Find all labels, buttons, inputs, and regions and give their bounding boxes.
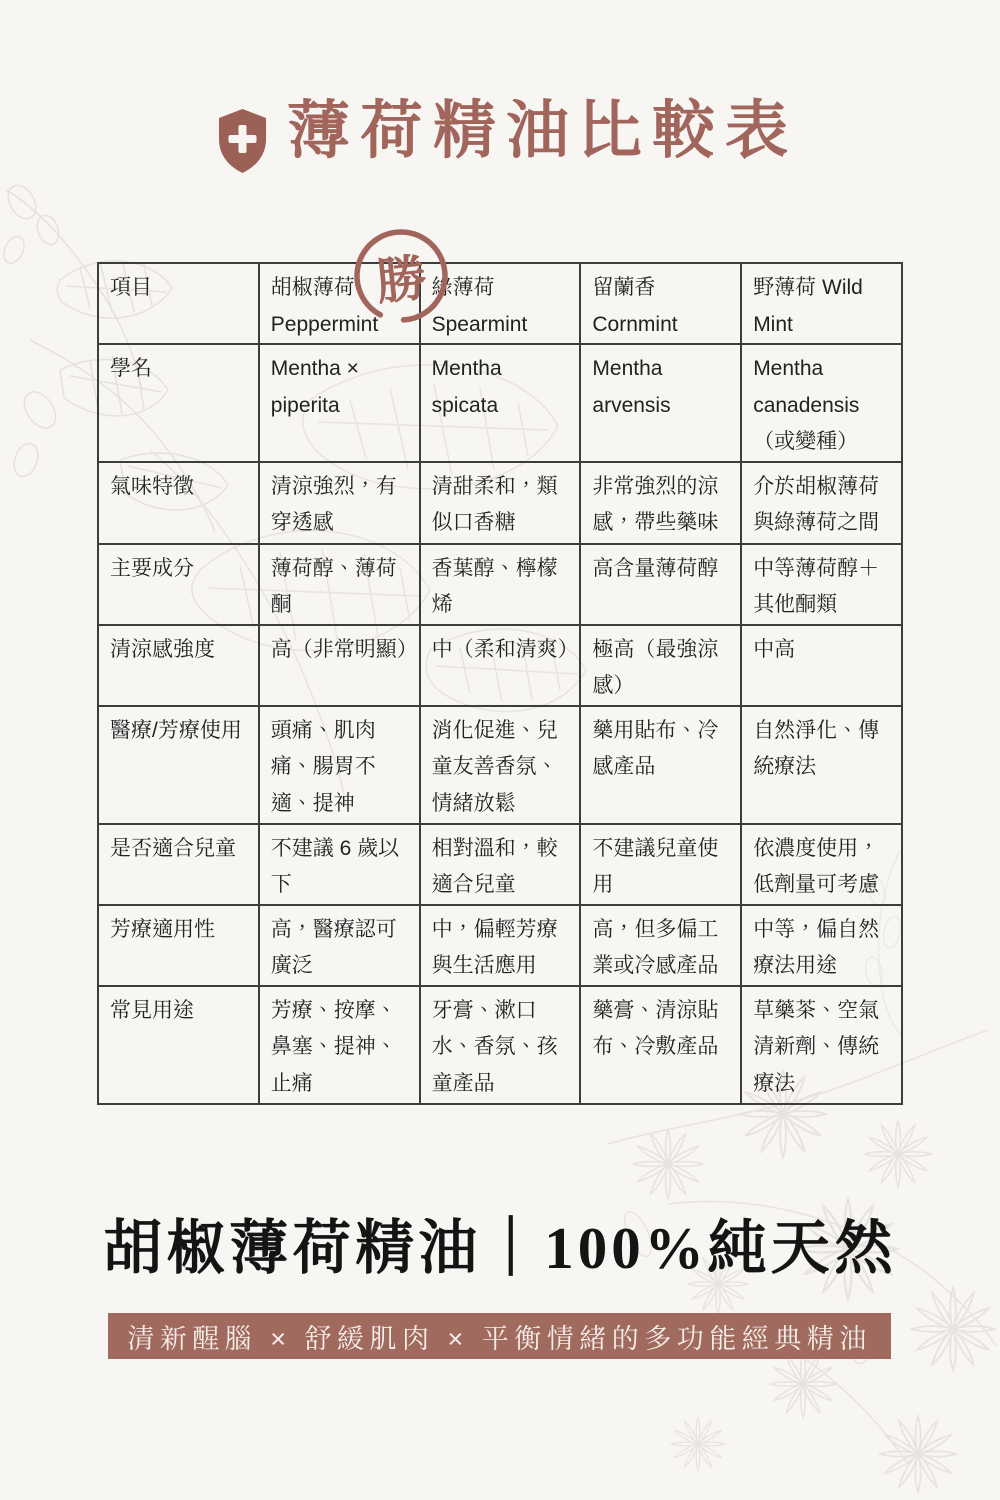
- row-label: 醫療/芳療使用: [98, 706, 259, 824]
- table-cell: 薄荷醇、薄荷酮: [259, 544, 420, 625]
- table-cell: 高，但多偏工業或冷感產品: [580, 905, 741, 986]
- table-cell: Mentha spicata: [420, 344, 581, 462]
- table-cell: 消化促進、兒童友善香氛、情緒放鬆: [420, 706, 581, 824]
- table-cell: Mentha × piperita: [259, 344, 420, 462]
- table-row: 氣味特徵 清涼強烈，有穿透感 清甜柔和，類似口香糖 非常強烈的涼感，帶些藥味 介…: [98, 462, 902, 544]
- table-cell: 芳療、按摩、鼻塞、提神、止痛: [259, 986, 420, 1104]
- winner-badge: 勝: [351, 226, 451, 326]
- table-row: 學名 Mentha × piperita Mentha spicata Ment…: [98, 344, 902, 462]
- table-cell: 不建議兒童使用: [580, 824, 741, 905]
- comparison-table: 項目 胡椒薄荷 Peppermint 綠薄荷 Spearmint 留蘭香 Cor…: [97, 262, 903, 1105]
- row-label: 清涼感強度: [98, 625, 259, 706]
- table-cell: 中等薄荷醇＋其他酮類: [741, 544, 902, 625]
- table-cell: 介於胡椒薄荷與綠薄荷之間: [741, 462, 902, 544]
- table-cell: 中等，偏自然療法用途: [741, 905, 902, 986]
- table-cell: 高（非常明顯）: [259, 625, 420, 706]
- column-header: 野薄荷 Wild Mint: [741, 263, 902, 344]
- row-label: 芳療適用性: [98, 905, 259, 986]
- row-label: 主要成分: [98, 544, 259, 625]
- page-title: 薄荷精油比較表: [287, 96, 798, 166]
- tagline-banner: 清新醒腦 × 舒緩肌肉 × 平衡情緒的多功能經典精油: [108, 1313, 891, 1359]
- table-cell: 香葉醇、檸檬烯: [420, 544, 581, 625]
- table-cell: 中，偏輕芳療與生活應用: [420, 905, 581, 986]
- table-cell: 高含量薄荷醇: [580, 544, 741, 625]
- table-cell: Mentha arvensis: [580, 344, 741, 462]
- table-cell: 草藥茶、空氣清新劑、傳統療法: [741, 986, 902, 1104]
- row-label: 氣味特徵: [98, 462, 259, 544]
- table-row: 是否適合兒童 不建議 6 歲以下 相對溫和，較適合兒童 不建議兒童使用 依濃度使…: [98, 824, 902, 905]
- table-row: 常見用途 芳療、按摩、鼻塞、提神、止痛 牙膏、漱口水、香氛、孩童產品 藥膏、清涼…: [98, 986, 902, 1104]
- table-row: 芳療適用性 高，醫療認可廣泛 中，偏輕芳療與生活應用 高，但多偏工業或冷感產品 …: [98, 905, 902, 986]
- table-row: 清涼感強度 高（非常明顯） 中（柔和清爽） 極高（最強涼感） 中高: [98, 625, 902, 706]
- table-cell: 清甜柔和，類似口香糖: [420, 462, 581, 544]
- table-cell: 高，醫療認可廣泛: [259, 905, 420, 986]
- row-label: 學名: [98, 344, 259, 462]
- table-cell: 牙膏、漱口水、香氛、孩童產品: [420, 986, 581, 1104]
- table-cell: 極高（最強涼感）: [580, 625, 741, 706]
- shield-plus-icon: [219, 109, 266, 173]
- column-header: 項目: [98, 263, 259, 344]
- table-cell: 藥膏、清涼貼布、冷敷產品: [580, 986, 741, 1104]
- table-cell: 頭痛、肌肉痛、腸胃不適、提神: [259, 706, 420, 824]
- row-label: 是否適合兒童: [98, 824, 259, 905]
- table-cell: 中高: [741, 625, 902, 706]
- table-row: 醫療/芳療使用 頭痛、肌肉痛、腸胃不適、提神 消化促進、兒童友善香氛、情緒放鬆 …: [98, 706, 902, 824]
- product-title: 胡椒薄荷精油｜100%純天然: [0, 1212, 1000, 1284]
- table-cell: 依濃度使用，低劑量可考慮: [741, 824, 902, 905]
- table-cell: 相對溫和，較適合兒童: [420, 824, 581, 905]
- table-cell: 藥用貼布、冷感產品: [580, 706, 741, 824]
- row-label: 常見用途: [98, 986, 259, 1104]
- table-row: 主要成分 薄荷醇、薄荷酮 香葉醇、檸檬烯 高含量薄荷醇 中等薄荷醇＋其他酮類: [98, 544, 902, 625]
- table-cell: Mentha canadensis（或變種）: [741, 344, 902, 462]
- winner-badge-label: 勝: [346, 221, 456, 331]
- table-cell: 清涼強烈，有穿透感: [259, 462, 420, 544]
- table-cell: 中（柔和清爽）: [420, 625, 581, 706]
- table-cell: 非常強烈的涼感，帶些藥味: [580, 462, 741, 544]
- column-header: 留蘭香 Cornmint: [580, 263, 741, 344]
- tagline-text: 清新醒腦 × 舒緩肌肉 × 平衡情緒的多功能經典精油: [127, 1317, 872, 1356]
- poster: 薄荷精油比較表 勝 項目 胡椒薄荷 Peppermint 綠薄荷 Spearmi…: [0, 0, 1000, 1500]
- table-cell: 自然淨化、傳統療法: [741, 706, 902, 824]
- table-cell: 不建議 6 歲以下: [259, 824, 420, 905]
- header-row: 項目 胡椒薄荷 Peppermint 綠薄荷 Spearmint 留蘭香 Cor…: [98, 263, 902, 344]
